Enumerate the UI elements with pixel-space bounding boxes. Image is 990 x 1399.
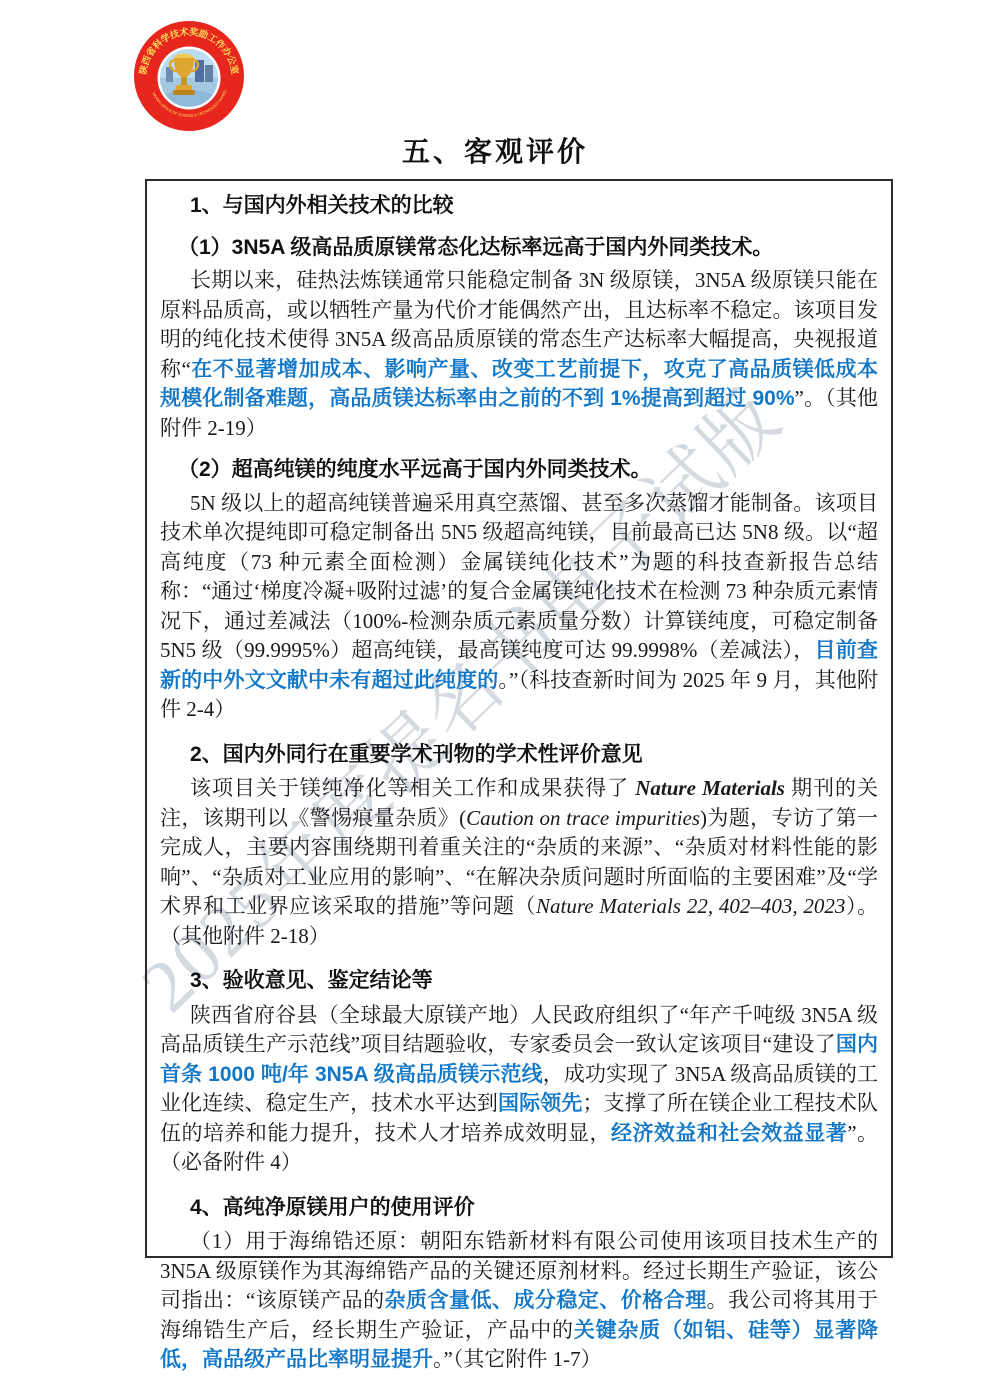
text-run: 5N 级以上的超高纯镁普遍采用真空蒸馏、甚至多次蒸馏才能制备。该项目技术单次提纯… [160, 491, 878, 663]
section-heading: 1、与国内外相关技术的比较 [160, 191, 878, 221]
text-run: Nature Materials 22, 402–403, 2023 [536, 894, 845, 918]
section-heading: 3、验收意见、鉴定结论等 [160, 966, 878, 996]
paragraph: （1）用于海绵锆还原：朝阳东锆新材料有限公司使用该项目技术生产的 3N5A 级原… [160, 1227, 878, 1375]
text-run: 该项目关于镁纯净化等相关工作和成果获得了 [190, 776, 635, 800]
text-run: 1、与国内外相关技术的比较 [190, 194, 454, 217]
section-heading: （1）3N5A 级高品质原镁常态化达标率远高于国内外同类技术。 [160, 233, 878, 263]
text-run: Caution on trace impurities [466, 806, 700, 830]
content-box: 1、与国内外相关技术的比较（1）3N5A 级高品质原镁常态化达标率远高于国内外同… [145, 179, 893, 1258]
text-run: 陕西省府谷县（全球最大原镁产地）人民政府组织了“年产千吨级 3N5A 级高品质镁… [160, 1003, 878, 1057]
text-run: 3、验收意见、鉴定结论等 [190, 969, 433, 992]
paragraph: 长期以来，硅热法炼镁通常只能稳定制备 3N 级原镁，3N5A 级原镁只能在原料品… [160, 266, 878, 443]
section-heading: 4、高纯净原镁用户的使用评价 [160, 1193, 878, 1223]
section-heading: 2、国内外同行在重要学术刊物的学术性评价意见 [160, 740, 878, 770]
highlighted-text-run: 国际领先 [498, 1092, 583, 1115]
highlighted-text-run: 经济效益和社会效益显著 [611, 1122, 847, 1145]
text-run: 4、高纯净原镁用户的使用评价 [190, 1196, 475, 1219]
highlighted-text-run: 在不显著增加成本、影响产量、改变工艺前提下，攻克了高品质镁低成本规模化制备难题，… [160, 358, 878, 411]
paragraph: 5N 级以上的超高纯镁普遍采用真空蒸馏、甚至多次蒸馏才能制备。该项目技术单次提纯… [160, 489, 878, 725]
text-run: （1）3N5A 级高品质原镁常态化达标率远高于国内外同类技术。 [178, 236, 773, 259]
text-run: 2、国内外同行在重要学术刊物的学术性评价意见 [190, 743, 643, 766]
text-run: （2）超高纯镁的纯度水平远高于国内外同类技术。 [178, 458, 652, 481]
award-office-seal-logo: 陕西省科学技术奖励工作办公室 SHAANXI OFFICE OF SCIENCE… [133, 20, 245, 132]
seal-center-photo [160, 49, 218, 107]
paragraph: 该项目关于镁纯净化等相关工作和成果获得了 Nature Materials 期刊… [160, 774, 878, 951]
paragraph: 陕西省府谷县（全球最大原镁产地）人民政府组织了“年产千吨级 3N5A 级高品质镁… [160, 1001, 878, 1178]
section-heading: （2）超高纯镁的纯度水平远高于国内外同类技术。 [160, 455, 878, 485]
page-title: 五、客观评价 [0, 130, 990, 170]
text-run: 。”（其它附件 1-7） [433, 1347, 602, 1371]
text-run: Nature Materials [635, 776, 785, 800]
highlighted-text-run: 杂质含量低、成分稳定、价格合理 [385, 1289, 707, 1312]
